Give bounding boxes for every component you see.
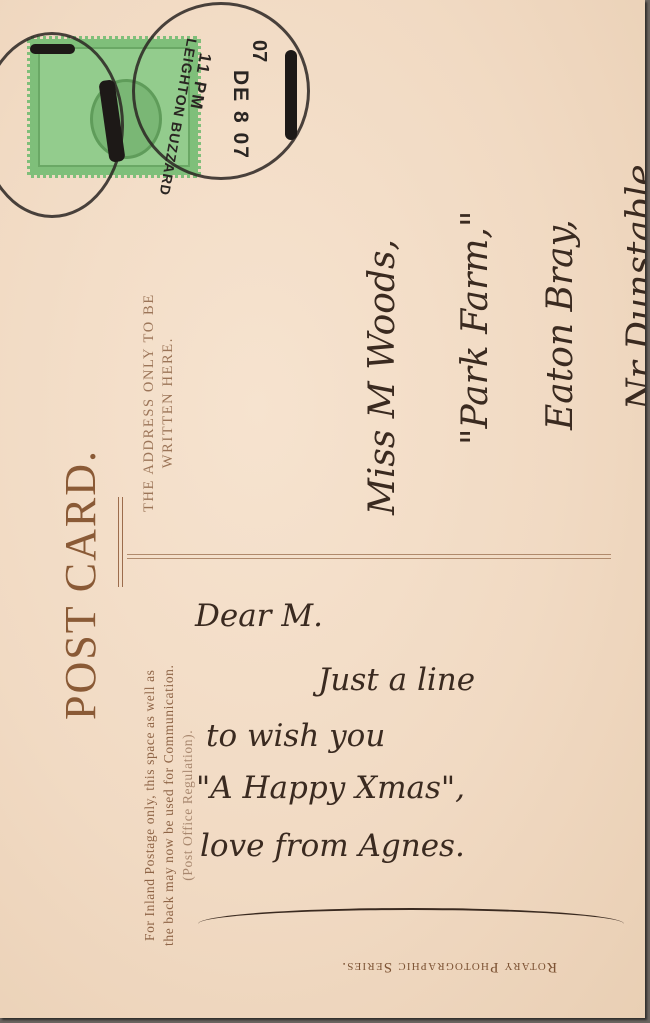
- cancel-bar-top: [30, 44, 75, 54]
- message-line-3: to wish you: [206, 718, 385, 754]
- message-signoff: love from Agnes.: [200, 828, 465, 864]
- address-line-town: Nr Dunstable.: [620, 153, 645, 410]
- address-line-name: Miss M Woods,: [362, 239, 403, 515]
- address-instruction-line2: WRITTEN HERE.: [159, 293, 178, 512]
- cancel-bar-right: [285, 50, 297, 140]
- message-line-2: Just a line: [318, 662, 475, 698]
- postmark-date: DE 8 07: [228, 70, 252, 160]
- handwritten-underline: [198, 908, 624, 924]
- address-instruction-line1: THE ADDRESS ONLY TO BE: [140, 293, 159, 512]
- horizontal-divider: [127, 554, 611, 559]
- message-line-4: "A Happy Xmas",: [196, 770, 465, 806]
- postcard: DE 8 07 11 PM 07 LEIGHTON BUZZARD POST C…: [0, 0, 645, 1018]
- address-line-village: Eaton Bray,: [540, 219, 581, 430]
- publisher-imprint: Rotary Photographic Series.: [341, 958, 557, 975]
- postmark-year: 07: [247, 40, 270, 62]
- inland-note-line1: For Inland Postage only, this space as w…: [140, 665, 159, 947]
- vertical-divider: [118, 497, 123, 587]
- address-line-farm: "Park Farm,": [455, 211, 496, 445]
- postcard-title: POST CARD.: [55, 449, 106, 720]
- inland-postage-note: For Inland Postage only, this space as w…: [140, 665, 197, 947]
- message-greeting: Dear M.: [195, 598, 323, 634]
- address-instruction: THE ADDRESS ONLY TO BE WRITTEN HERE.: [140, 293, 178, 512]
- inland-note-line3: (Post Office Regulation).: [178, 665, 197, 947]
- postmark-circle-right: [132, 2, 310, 180]
- inland-note-line2: the back may now be used for Communicati…: [159, 665, 178, 947]
